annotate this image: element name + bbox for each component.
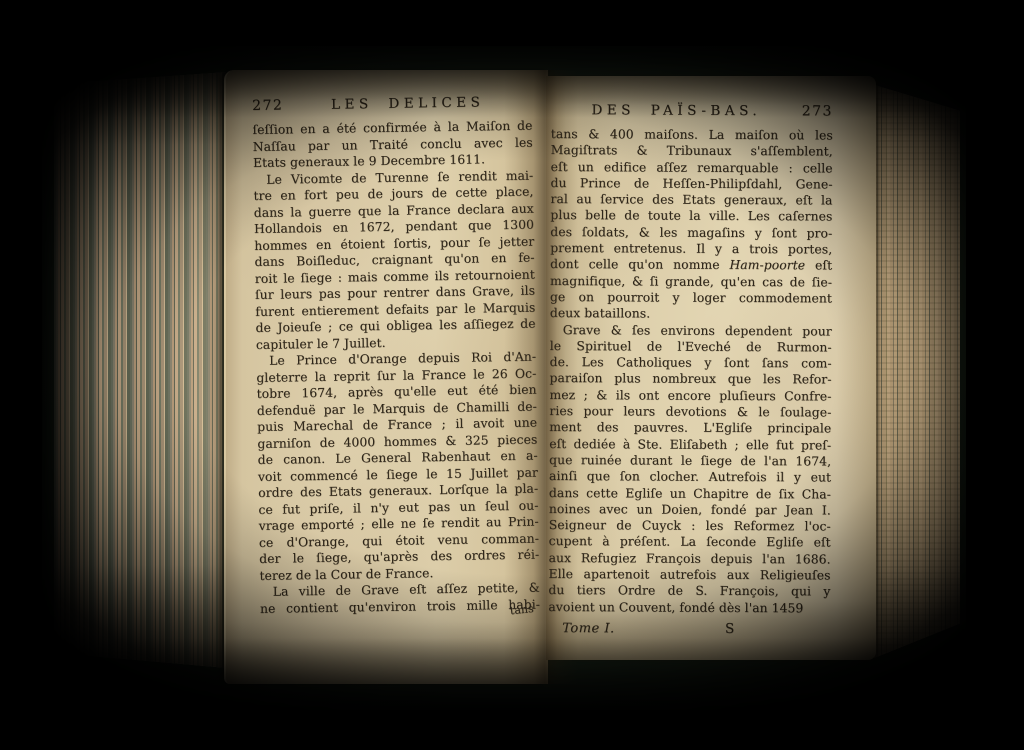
text-line: tans & 400 maiſons. La maiſon où les xyxy=(551,126,833,144)
text-line: du tiers Ordre de S. François, qui y xyxy=(548,582,830,600)
text-line: dont celle qu'on nomme Ham-poorte eſt xyxy=(550,256,832,274)
left-running-header: 272 LES DELICES xyxy=(252,94,532,114)
text-line: Magiſtrats & Tribunaux s'aſſemblent, xyxy=(551,142,833,160)
left-page-body: ſeſſion en a été confirmée à la Maiſon d… xyxy=(252,118,540,617)
left-fore-edge-pages xyxy=(54,66,226,674)
text-line: paraiſon plus nombreux que les Refor- xyxy=(550,370,832,388)
text-line: ment des pauvres. L'Egliſe principale xyxy=(549,419,831,437)
running-title-left: LES DELICES xyxy=(283,94,532,114)
text-line: mez ; & ils ont encore pluſieurs Confre- xyxy=(549,387,831,405)
text-line: ainſi que ſon clocher. Autrefois il y eu… xyxy=(549,468,831,486)
text-line: avoient un Couvent, fondé dès l'an 1459 xyxy=(548,599,830,617)
text-line: ral au ſervice des Etats generaux, eſt l… xyxy=(550,191,832,209)
signature-mark: S xyxy=(725,621,734,637)
text-line: plus belle de toute la ville. Les caſern… xyxy=(550,207,832,225)
running-title-right: DES PAÏS-BAS. xyxy=(551,102,802,119)
text-line: eſt un edifice aſſez remarquable : celle xyxy=(551,159,833,177)
right-fore-edge-pages xyxy=(874,82,960,658)
text-line: Grave & ſes environs dependent pour xyxy=(550,322,832,340)
text-line: cupent à préſent. La ſeconde Egliſe eſt xyxy=(549,533,831,551)
text-line: du Prince de Heſſen-Philipſdahl, Gene- xyxy=(551,175,833,193)
text-line: prement entretenus. Il y a trois portes, xyxy=(550,240,832,258)
text-line: de. Les Catholiques y ſont ſans com- xyxy=(550,354,832,372)
text-line: ge on pourroit y loger commodement xyxy=(550,289,832,307)
text-line: Elle apartenoit autrefois aux Religieuſe… xyxy=(548,566,830,584)
text-line: noines avec un Doien, fondé par Jean I. xyxy=(549,501,831,519)
text-line: aux Refugiez François depuis l'an 1686. xyxy=(549,550,831,568)
right-running-header: DES PAÏS-BAS. 273 xyxy=(551,102,833,119)
right-page-text: DES PAÏS-BAS. 273 tans & 400 maiſons. La… xyxy=(548,102,833,637)
right-page-body: tans & 400 maiſons. La maiſon où lesMagi… xyxy=(548,126,833,616)
book-photograph: 272 LES DELICES ſeſſion en a été confirm… xyxy=(0,0,1024,750)
text-line: eſt dediée à Ste. Eliſabeth ; elle fut p… xyxy=(549,436,831,454)
signature-line: Tome I. S xyxy=(548,620,830,637)
text-line: que ruinée durant le ſiege de l'an 1674, xyxy=(549,452,831,470)
text-line: dans cette Egliſe un Chapitre de ſix Cha… xyxy=(549,485,831,503)
page-number-right: 273 xyxy=(802,103,833,119)
text-line: deux bataillons. xyxy=(550,305,832,323)
tome-label: Tome I. xyxy=(562,621,614,636)
text-line: magnifique, & ſi grande, qu'en cas de ſi… xyxy=(550,273,832,291)
left-page-text: 272 LES DELICES ſeſſion en a été confirm… xyxy=(252,94,540,631)
text-line: ries pour leurs devotions & le ſoulage- xyxy=(549,403,831,421)
text-line: Seigneur de Cuyck : les Reformez l'oc- xyxy=(549,517,831,535)
text-line: des ſoldats, & les magaſins y ſont pro- xyxy=(550,224,832,242)
text-line: le Spirituel de l'Eveché de Rurmon- xyxy=(550,338,832,356)
page-number-left: 272 xyxy=(252,98,283,114)
